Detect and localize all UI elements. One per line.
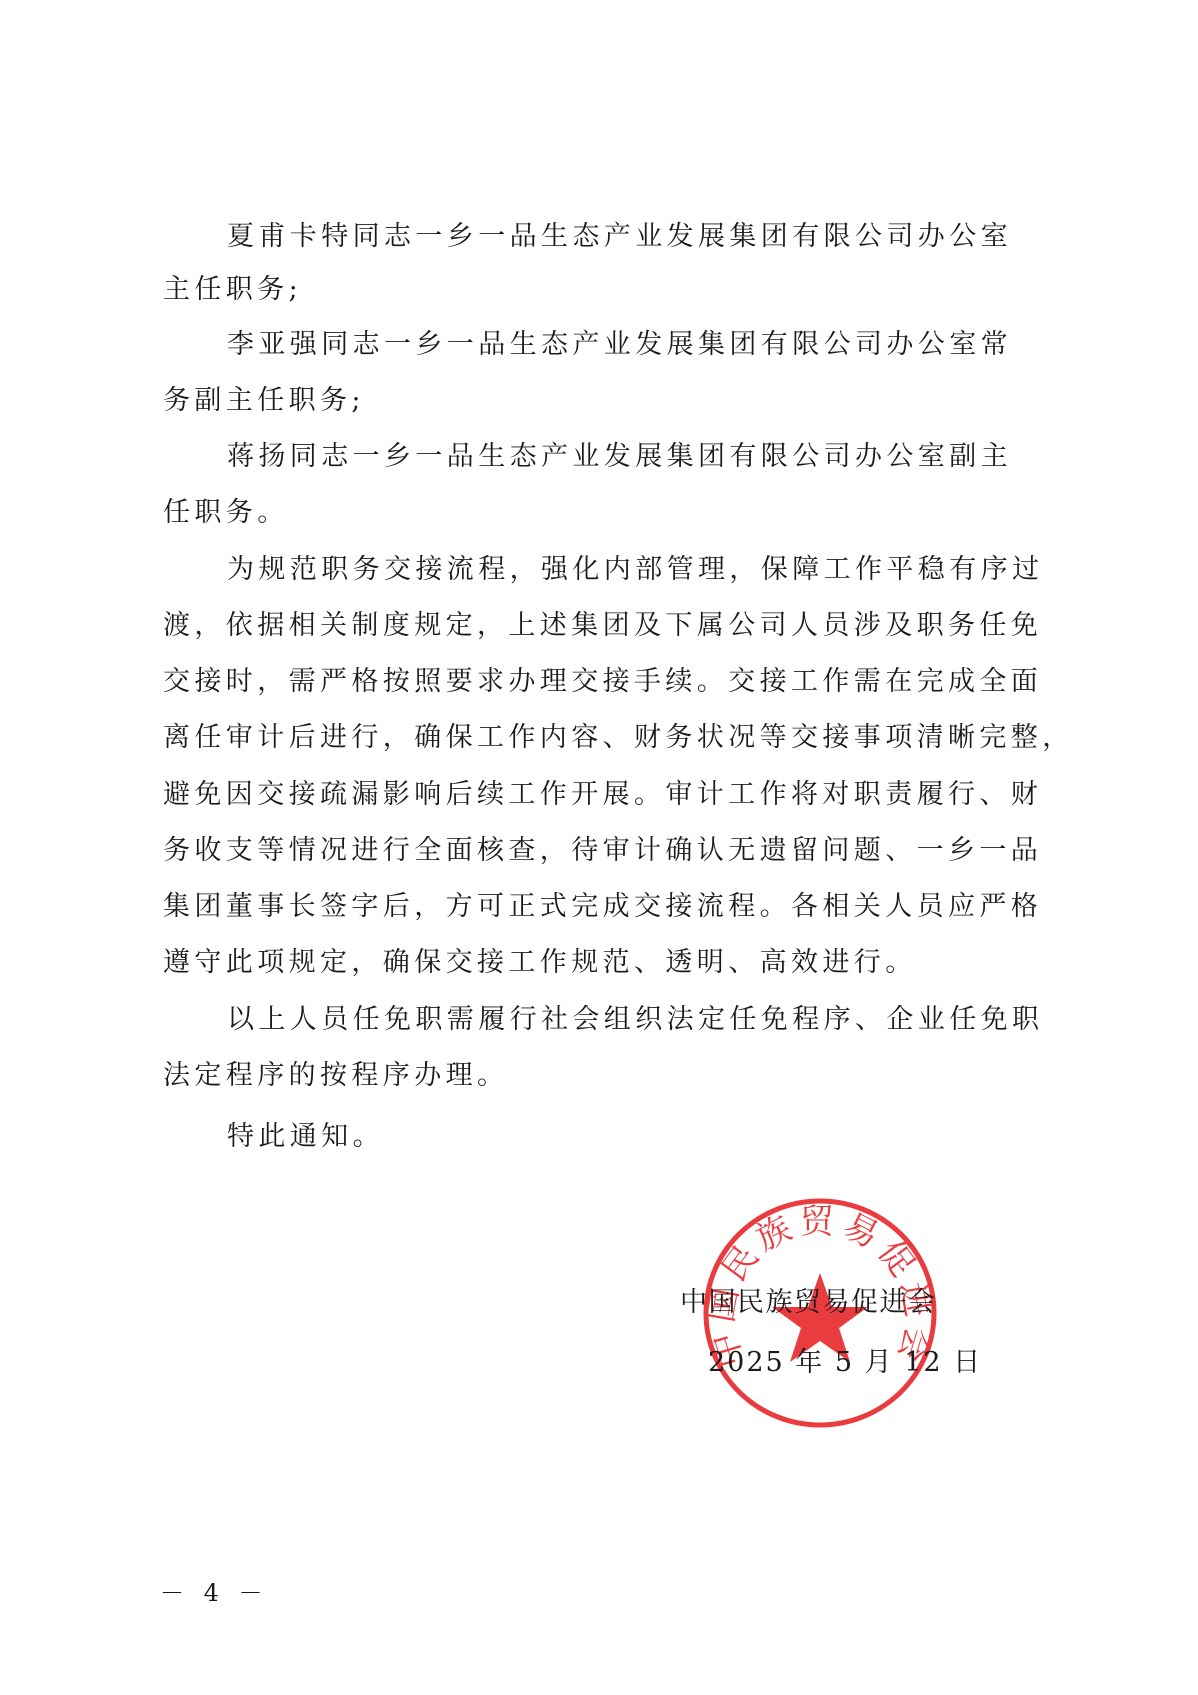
body-line: 务副主任职务; xyxy=(163,381,1053,421)
body-line: 为规范职务交接流程，强化内部管理，保障工作平稳有序过 xyxy=(227,550,1117,590)
body-line: 李亚强同志一乡一品生态产业发展集团有限公司办公室常 xyxy=(227,325,1117,365)
page-number: － 4 － xyxy=(160,1578,269,1608)
document-page: 夏甫卡特同志一乡一品生态产业发展集团有限公司办公室 主任职务; 李亚强同志一乡一… xyxy=(0,0,1198,1695)
body-line: 集团董事长签字后，方可正式完成交接流程。各相关人员应严格 xyxy=(163,887,1053,927)
body-line: 蒋扬同志一乡一品生态产业发展集团有限公司办公室副主 xyxy=(227,437,1117,477)
body-line: 主任职务; xyxy=(163,270,1053,310)
body-line: 离任审计后进行，确保工作内容、财务状况等交接事项清晰完整， xyxy=(163,718,1053,758)
body-line: 交接时，需严格按照要求办理交接手续。交接工作需在完成全面 xyxy=(163,662,1053,702)
closing-line: 特此通知。 xyxy=(227,1117,1117,1157)
signature-date: 2025 年 5 月 12 日 xyxy=(708,1343,982,1383)
body-line: 遵守此项规定，确保交接工作规范、透明、高效进行。 xyxy=(163,943,1053,983)
body-line: 夏甫卡特同志一乡一品生态产业发展集团有限公司办公室 xyxy=(227,217,1117,257)
signature-organization: 中国民族贸易促进会 xyxy=(680,1283,937,1323)
body-line: 务收支等情况进行全面核查，待审计确认无遗留问题、一乡一品 xyxy=(163,831,1053,871)
body-line: 渡，依据相关制度规定，上述集团及下属公司人员涉及职务任免 xyxy=(163,606,1053,646)
body-line: 法定程序的按程序办理。 xyxy=(163,1056,1053,1096)
body-line: 任职务。 xyxy=(163,493,1053,533)
body-line: 避免因交接疏漏影响后续工作开展。审计工作将对职责履行、财 xyxy=(163,775,1053,815)
body-line: 以上人员任免职需履行社会组织法定任免程序、企业任免职 xyxy=(227,1000,1117,1040)
